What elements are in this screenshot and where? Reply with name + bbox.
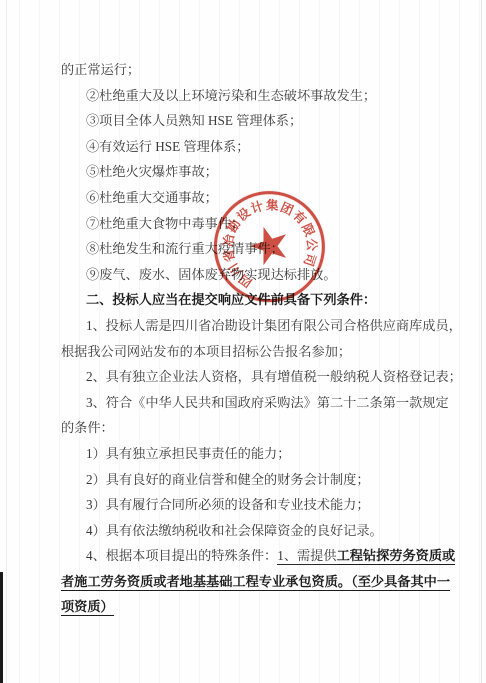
text-line: ⑥杜绝重大交通事故； [61,185,467,211]
scan-edge-right-line [481,0,482,683]
text-segment: ⑥杜绝重大交通事故； [86,190,218,205]
text-segment: 1）具有独立承担民事责任的能力； [86,446,290,461]
text-line: ③项目全体人员熟知 HSE 管理体系； [61,108,467,134]
text-line: ⑨废气、废水、固体废弃物实现达标排放。 [61,262,467,288]
text-line: ④有效运行 HSE 管理体系； [61,134,467,160]
text-line: 2、具有独立企业法人资格，具有增值税一般纳税人资格登记表； [61,364,467,390]
document-text-block: 的正常运行；②杜绝重大及以上环境污染和生态破坏事故发生；③项目全体人员熟知 HS… [61,57,467,620]
text-line: 4）具有依法缴纳税收和社会保障资金的良好记录。 [61,518,467,544]
text-segment: 项资质） [61,599,114,616]
text-line: ②杜绝重大及以上环境污染和生态破坏事故发生； [61,83,467,109]
scanned-document-page: 的正常运行；②杜绝重大及以上环境污染和生态破坏事故发生；③项目全体人员熟知 HS… [0,0,486,683]
text-segment: 的条件： [61,420,114,435]
text-segment: 2）具有良好的商业信誉和健全的财务会计制度； [86,472,370,487]
text-segment: ③项目全体人员熟知 HSE 管理体系； [86,113,302,128]
scan-edge-dark-strip [0,572,3,683]
text-segment: ⑨废气、废水、固体废弃物实现达标排放。 [86,267,337,282]
text-line: 1）具有独立承担民事责任的能力； [61,441,467,467]
scan-edge-left-line [6,0,7,683]
text-segment: 3、符合《中华人民共和国政府采购法》第二十二条第一款规定 [86,395,449,410]
text-line: 的条件： [61,415,467,441]
text-segment: 者施工劳务资质或者地基基础工程专业承包资质。（至少具备其中一 [61,574,450,591]
text-segment: 根据我公司网站发布的本项目招标公告报名参加； [61,344,351,359]
text-segment: 二、投标人应当在提交响应文件前具备下列条件： [86,292,376,307]
text-line: 者施工劳务资质或者地基基础工程专业承包资质。（至少具备其中一 [61,569,467,595]
text-line: 3、符合《中华人民共和国政府采购法》第二十二条第一款规定 [61,390,467,416]
text-segment: 1、需提供 [277,548,336,565]
text-segment: ②杜绝重大及以上环境污染和生态破坏事故发生； [86,88,376,103]
text-segment: 1、投标人需是四川省冶勘设计集团有限公司合格供应商库成员， [86,318,462,333]
text-line: 二、投标人应当在提交响应文件前具备下列条件： [61,287,467,313]
text-segment: ⑦杜绝重大食物中毒事件； [86,216,244,231]
text-line: ⑧杜绝发生和流行重大疫情事件； [61,236,467,262]
text-segment: ④有效运行 HSE 管理体系； [86,139,249,154]
text-line: 1、投标人需是四川省冶勘设计集团有限公司合格供应商库成员， [61,313,467,339]
text-segment: 3）具有履行合同所必须的设备和专业技术能力； [86,497,370,512]
text-line: ⑦杜绝重大食物中毒事件； [61,211,467,237]
text-segment: ⑧杜绝发生和流行重大疫情事件； [86,241,284,256]
text-line: 2）具有良好的商业信誉和健全的财务会计制度； [61,467,467,493]
text-segment: 4、根据本项目提出的特殊条件： [86,548,277,563]
text-line: 的正常运行； [61,57,467,83]
text-line: ⑤杜绝火灾爆炸事故； [61,159,467,185]
text-segment: 工程钻探劳务资质或 [337,548,456,565]
text-segment: 的正常运行； [61,62,140,77]
text-line: 3）具有履行合同所必须的设备和专业技术能力； [61,492,467,518]
text-segment: 2、具有独立企业法人资格，具有增值税一般纳税人资格登记表； [86,369,462,384]
text-line: 根据我公司网站发布的本项目招标公告报名参加； [61,339,467,365]
text-line: 项资质） [61,594,467,620]
text-segment: 4）具有依法缴纳税收和社会保障资金的良好记录。 [86,523,383,538]
text-line: 4、根据本项目提出的特殊条件：1、需提供工程钻探劳务资质或 [61,543,467,569]
text-segment: ⑤杜绝火灾爆炸事故； [86,164,218,179]
